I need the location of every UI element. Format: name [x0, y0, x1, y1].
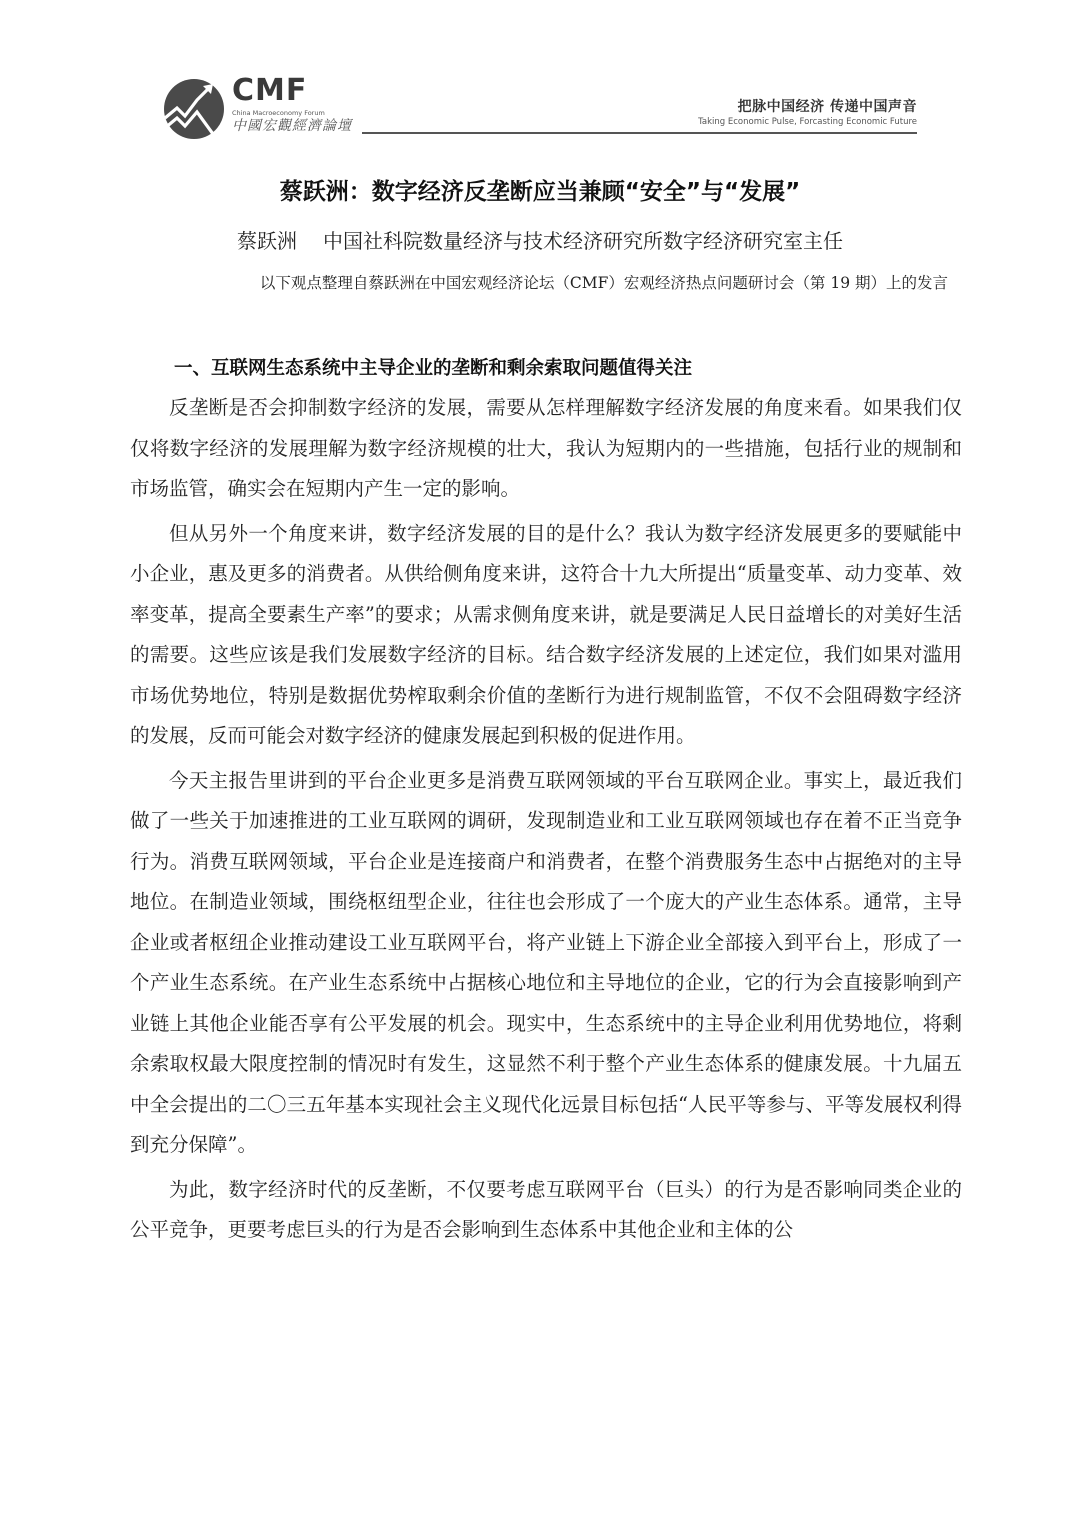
paragraph: 为此，数字经济时代的反垄断，不仅要考虑互联网平台（巨头）的行为是否影响同类企业的…	[130, 1170, 962, 1251]
rising-chart-circle-icon	[163, 78, 225, 140]
paragraph: 但从另外一个角度来讲，数字经济发展的目的是什么？我认为数字经济发展更多的要赋能中…	[130, 514, 962, 757]
section-heading: 一、互联网生态系统中主导企业的垄断和剩余索取问题值得关注	[130, 350, 962, 388]
author-name: 蔡跃洲	[237, 229, 297, 253]
author-line: 蔡跃洲中国社科院数量经济与技术经济研究所数字经济研究室主任	[0, 226, 1080, 256]
article-body: 一、互联网生态系统中主导企业的垄断和剩余索取问题值得关注 反垄断是否会抑制数字经…	[130, 350, 962, 1255]
logo-acronym: CMF	[232, 74, 307, 108]
logo-english-name: China Macroeconomy Forum	[232, 109, 325, 117]
slogan-chinese: 把脉中国经济 传递中国声音	[738, 98, 917, 116]
paragraph: 反垄断是否会抑制数字经济的发展，需要从怎样理解数字经济发展的角度来看。如果我们仅…	[130, 388, 962, 510]
author-affiliation: 中国社科院数量经济与技术经济研究所数字经济研究室主任	[323, 229, 843, 253]
document-header: CMF China Macroeconomy Forum 中國宏觀經濟論壇 把脉…	[0, 0, 1080, 150]
logo-chinese-name: 中國宏觀經濟論壇	[232, 118, 352, 134]
slogan-english: Taking Economic Pulse, Forcasting Econom…	[698, 117, 917, 128]
header-divider	[362, 132, 917, 134]
source-note: 以下观点整理自蔡跃洲在中国宏观经济论坛（CMF）宏观经济热点问题研讨会（第 19…	[260, 270, 948, 296]
paragraph: 今天主报告里讲到的平台企业更多是消费互联网领域的平台互联网企业。事实上，最近我们…	[130, 761, 962, 1166]
article-title: 蔡跃洲：数字经济反垄断应当兼顾“安全”与“发展”	[0, 176, 1080, 208]
